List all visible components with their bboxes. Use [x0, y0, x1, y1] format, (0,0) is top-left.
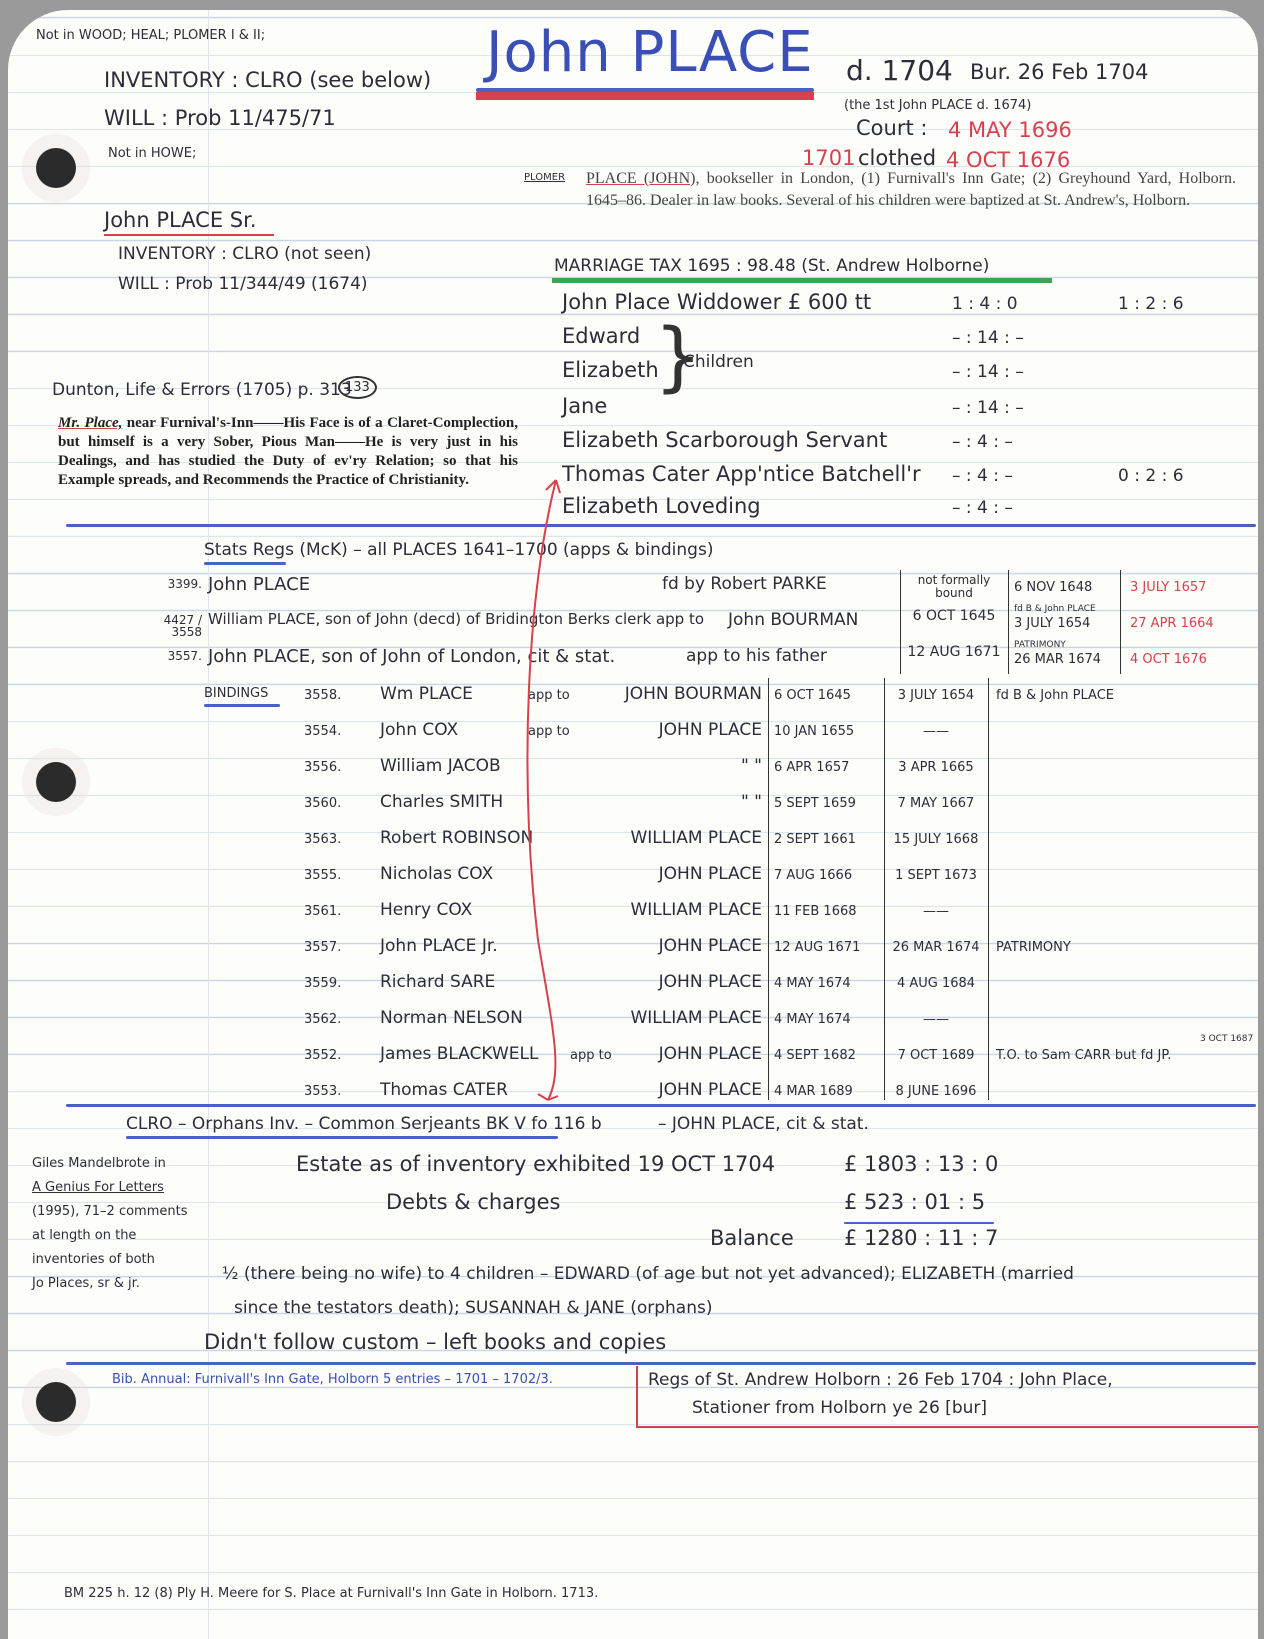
- clothed-label: clothed: [858, 146, 936, 170]
- stats-entry-text: William PLACE, son of John (decd) of Bri…: [208, 610, 704, 628]
- binding-number: 3555.: [304, 868, 341, 883]
- tax-row-name: John Place Widdower £ 600 tt: [562, 290, 871, 314]
- estate-value: £ 1803 : 13 : 0: [844, 1152, 998, 1176]
- binding-freed-date: ——: [890, 904, 982, 919]
- stats-entry-number: 4427 / 3558: [136, 614, 202, 638]
- page-title: John PLACE: [486, 20, 814, 85]
- tax-row-extra: 1 : 2 : 6: [1118, 294, 1184, 314]
- stats-entry-freed-note: fd B & John PLACE: [1014, 604, 1096, 614]
- stats-entry-detail: fd by Robert PARKE: [662, 574, 827, 594]
- senior-inventory: INVENTORY : CLRO (not seen): [118, 244, 371, 264]
- binding-freed-date: ——: [890, 724, 982, 739]
- table-divider: [1120, 570, 1121, 674]
- binding-master: WILLIAM PLACE: [604, 900, 762, 920]
- court-date: 4 MAY 1696: [948, 118, 1072, 142]
- clro-heading: CLRO – Orphans Inv. – Common Serjeants B…: [126, 1114, 602, 1134]
- first-john-note: (the 1st John PLACE d. 1674): [844, 98, 1031, 113]
- binding-number: 3561.: [304, 904, 341, 919]
- side-note-line: A Genius For Letters: [32, 1180, 164, 1195]
- clro-line-3: Didn't follow custom – left books and co…: [204, 1330, 666, 1354]
- tax-row-name: Elizabeth: [562, 358, 659, 382]
- not-in-sources: Not in WOOD; HEAL; PLOMER I & II;: [36, 28, 265, 43]
- binding-name: Richard SARE: [380, 972, 495, 992]
- table-divider: [768, 678, 769, 1100]
- side-note-line: (1995), 71–2 comments: [32, 1204, 187, 1219]
- binding-master: JOHN PLACE: [604, 1080, 762, 1100]
- children-brace: }: [654, 318, 702, 394]
- clro-heading-tail: – JOHN PLACE, cit & stat.: [658, 1114, 869, 1134]
- binding-freed-date: ——: [890, 1012, 982, 1027]
- binding-bound-date: 4 MAY 1674: [774, 976, 851, 991]
- stats-entry-red-date: 4 OCT 1676: [1130, 652, 1207, 667]
- binding-name: John PLACE Jr.: [380, 936, 498, 956]
- binding-number: 3559.: [304, 976, 341, 991]
- side-note-line: inventories of both: [32, 1252, 155, 1267]
- binding-number: 3554.: [304, 724, 341, 739]
- tax-row-amount: – : 4 : –: [952, 432, 1013, 452]
- binding-number: 3553.: [304, 1084, 341, 1099]
- binding-bound-date: 6 OCT 1645: [774, 688, 851, 703]
- binding-master: WILLIAM PLACE: [604, 1008, 762, 1028]
- stats-entry-red-date: 3 JULY 1657: [1130, 580, 1206, 595]
- death-year: d. 1704: [846, 54, 953, 87]
- binding-freed-date: 7 OCT 1689: [890, 1048, 982, 1063]
- stats-entry-detail: app to his father: [686, 646, 827, 666]
- binding-freed-date: 4 AUG 1684: [890, 976, 982, 991]
- senior-will: WILL : Prob 11/344/49 (1674): [118, 274, 368, 294]
- senior-name: John PLACE Sr.: [104, 208, 257, 232]
- binding-bound-date: 11 FEB 1668: [774, 904, 857, 919]
- tax-row-name: Elizabeth Scarborough Servant: [562, 428, 887, 452]
- binding-master: " ": [604, 792, 762, 812]
- binding-master: " ": [604, 756, 762, 776]
- stats-regs-underline: [204, 562, 286, 565]
- binding-bound-date: 4 MAR 1689: [774, 1084, 853, 1099]
- binding-note-sup: 3 OCT 1687: [1200, 1034, 1253, 1044]
- sum-rule: [844, 1222, 994, 1224]
- binding-master: JOHN PLACE: [604, 720, 762, 740]
- dunton-quote: Mr. Place, near Furnival's-Inn——His Face…: [58, 414, 518, 490]
- binding-number: 3557.: [304, 940, 341, 955]
- not-in-howe: Not in HOWE;: [108, 146, 196, 161]
- stats-entry-bound: not formally bound: [904, 574, 1004, 600]
- binding-master: JOHN BOURMAN: [604, 684, 762, 704]
- clro-line-1: ½ (there being no wife) to 4 children – …: [222, 1264, 1074, 1284]
- regs-line-1: Regs of St. Andrew Holborn : 26 Feb 1704…: [648, 1370, 1113, 1390]
- tax-row-amount: – : 4 : –: [952, 498, 1013, 518]
- binding-bound-date: 4 MAY 1674: [774, 1012, 851, 1027]
- stats-entry-freed: 26 MAR 1674: [1014, 652, 1101, 667]
- tax-row-name: Edward: [562, 324, 640, 348]
- notebook-page: Not in WOOD; HEAL; PLOMER I & II; INVENT…: [8, 10, 1258, 1639]
- table-divider: [900, 570, 901, 674]
- senior-underline: [104, 234, 274, 236]
- court-label: Court :: [856, 116, 927, 140]
- debts-label: Debts & charges: [386, 1190, 561, 1214]
- tax-row-amount: – : 14 : –: [952, 362, 1024, 382]
- binding-name: Nicholas COX: [380, 864, 493, 884]
- debts-value: £ 523 : 01 : 5: [844, 1190, 985, 1214]
- table-divider: [1008, 570, 1009, 674]
- marriage-tax-heading: MARRIAGE TAX 1695 : 98.48 (St. Andrew Ho…: [554, 256, 989, 276]
- bib-annual-note: Bib. Annual: Furnivall's Inn Gate, Holbo…: [112, 1372, 553, 1387]
- binding-number: 3563.: [304, 832, 341, 847]
- binding-number: 3556.: [304, 760, 341, 775]
- binding-master: JOHN PLACE: [604, 1044, 762, 1064]
- stats-entry-freed: 6 NOV 1648: [1014, 580, 1092, 595]
- plomer-entry: PLACE (JOHN), bookseller in London, (1) …: [586, 168, 1236, 212]
- bindings-label: BINDINGS: [204, 686, 268, 701]
- section-rule-1: [66, 524, 1256, 527]
- inventory-note: INVENTORY : CLRO (see below): [104, 68, 431, 92]
- plomer-tag: PLOMER: [524, 172, 565, 183]
- clro-line-2: since the testators death); SUSANNAH & J…: [234, 1298, 712, 1318]
- balance-label: Balance: [710, 1226, 794, 1250]
- stats-entry-text: John PLACE: [208, 574, 310, 595]
- stats-entry-detail: John BOURMAN: [728, 610, 858, 630]
- binding-freed-date: 3 APR 1665: [890, 760, 982, 775]
- section-rule-3: [66, 1362, 1256, 1365]
- tax-row-amount: 1 : 4 : 0: [952, 294, 1018, 314]
- binding-number: 3552.: [304, 1048, 341, 1063]
- punch-hole-icon: [36, 1382, 76, 1422]
- tax-row-amount: – : 4 : –: [952, 466, 1013, 486]
- binding-bound-date: 4 SEPT 1682: [774, 1048, 856, 1063]
- binding-bound-date: 5 SEPT 1659: [774, 796, 856, 811]
- punch-hole-icon: [36, 762, 76, 802]
- stats-entry-freed: 3 JULY 1654: [1014, 616, 1090, 631]
- plomer-name: PLACE (JOHN),: [586, 170, 699, 187]
- punch-hole-icon: [36, 148, 76, 188]
- estate-label: Estate as of inventory exhibited 19 OCT …: [296, 1152, 775, 1176]
- binding-bound-date: 12 AUG 1671: [774, 940, 860, 955]
- stats-entry-number: 3399.: [136, 578, 202, 590]
- dunton-number: 133: [338, 376, 377, 399]
- dunton-citation: Dunton, Life & Errors (1705) p. 313: [52, 380, 352, 400]
- table-divider: [988, 678, 989, 1100]
- binding-note: fd B & John PLACE: [996, 688, 1114, 703]
- stats-regs-heading: Stats Regs (McK) – all PLACES 1641–1700 …: [204, 540, 713, 560]
- tax-row-name: Elizabeth Loveding: [562, 494, 761, 518]
- stats-entry-red-date: 27 APR 1664: [1130, 616, 1214, 631]
- binding-name: William JACOB: [380, 756, 501, 776]
- binding-name: Charles SMITH: [380, 792, 503, 812]
- stats-entry-number: 3557.: [136, 650, 202, 662]
- marriage-tax-underline: [552, 278, 1052, 283]
- tax-row-name: Jane: [562, 394, 607, 418]
- binding-name: Henry COX: [380, 900, 472, 920]
- binding-number: 3560.: [304, 796, 341, 811]
- binding-freed-date: 1 SEPT 1673: [890, 868, 982, 883]
- binding-freed-date: 7 MAY 1667: [890, 796, 982, 811]
- binding-master: JOHN PLACE: [604, 936, 762, 956]
- balance-value: £ 1280 : 11 : 7: [844, 1226, 998, 1250]
- binding-freed-date: 3 JULY 1654: [890, 688, 982, 703]
- title-underline-red: [476, 92, 814, 100]
- binding-bound-date: 7 AUG 1666: [774, 868, 852, 883]
- binding-master: JOHN PLACE: [604, 864, 762, 884]
- side-note-line: Jo Places, sr & jr.: [32, 1276, 140, 1291]
- stats-entry-bound: 6 OCT 1645: [904, 610, 1004, 623]
- tax-row-extra: 0 : 2 : 6: [1118, 466, 1184, 486]
- binding-freed-date: 8 JUNE 1696: [890, 1084, 982, 1099]
- tax-row-amount: – : 14 : –: [952, 398, 1024, 418]
- bm-note: BM 225 h. 12 (8) Ply H. Meere for S. Pla…: [64, 1586, 598, 1601]
- binding-name: Norman NELSON: [380, 1008, 523, 1028]
- stats-entry-freed-note: PATRIMONY: [1014, 640, 1066, 650]
- binding-number: 3562.: [304, 1012, 341, 1027]
- table-divider: [884, 678, 885, 1100]
- regs-line-2: Stationer from Holborn ye 26 [bur]: [692, 1398, 987, 1418]
- section-rule-2: [66, 1104, 1256, 1107]
- stats-entry-bound: 12 AUG 1671: [904, 646, 1004, 659]
- binding-freed-date: 26 MAR 1674: [890, 940, 982, 955]
- binding-name: John COX: [380, 720, 458, 740]
- binding-bound-date: 6 APR 1657: [774, 760, 849, 775]
- binding-number: 3558.: [304, 688, 341, 703]
- red-arrow-icon: [508, 470, 588, 1110]
- tax-row-name: Thomas Cater App'ntice Batchell'r: [562, 462, 921, 486]
- clothed-year: 1701: [802, 146, 855, 170]
- binding-master: JOHN PLACE: [604, 972, 762, 992]
- binding-master: WILLIAM PLACE: [604, 828, 762, 848]
- side-note-line: Giles Mandelbrote in: [32, 1156, 166, 1171]
- side-note-line: at length on the: [32, 1228, 136, 1243]
- will-note: WILL : Prob 11/475/71: [104, 106, 336, 130]
- clro-underline: [126, 1136, 558, 1139]
- binding-freed-date: 15 JULY 1668: [890, 832, 982, 847]
- binding-bound-date: 10 JAN 1655: [774, 724, 854, 739]
- binding-name: Thomas CATER: [380, 1080, 508, 1100]
- binding-note: PATRIMONY: [996, 940, 1071, 955]
- binding-bound-date: 2 SEPT 1661: [774, 832, 856, 847]
- bindings-underline: [204, 704, 280, 707]
- tax-row-amount: – : 14 : –: [952, 328, 1024, 348]
- burial-date: Bur. 26 Feb 1704: [970, 60, 1148, 84]
- binding-name: Wm PLACE: [380, 684, 473, 704]
- binding-note: T.O. to Sam CARR but fd JP.: [996, 1048, 1171, 1063]
